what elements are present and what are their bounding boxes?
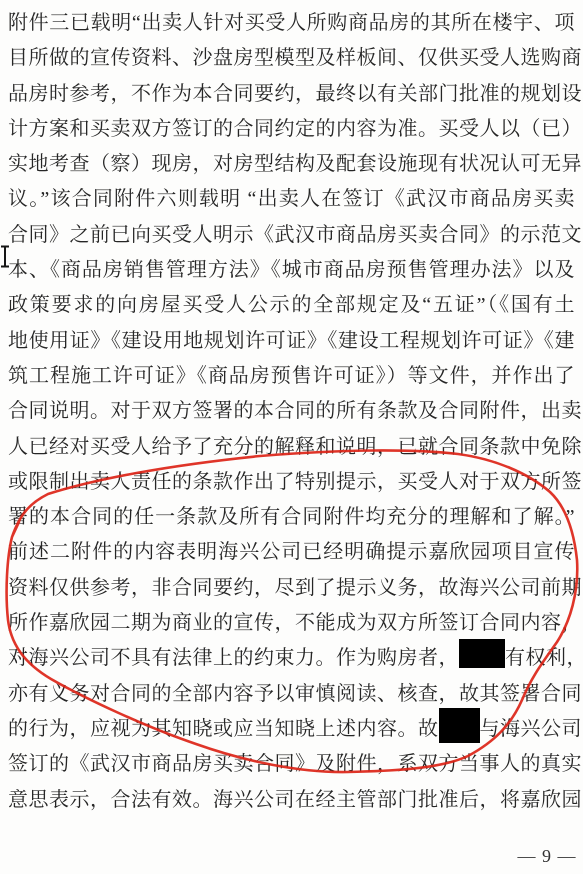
document-line-with-redaction: 对海兴公司不具有法律上的约束力。作为购房者，有权利， (8, 641, 575, 676)
document-line: 人已经对买受人给予了充分的解释和说明，已就合同条款中免除 (8, 430, 575, 465)
document-text-block: 附件三已载明“出卖人针对买受人所购商品房的其所在楼宇、项 目所做的宣传资料、沙盘… (8, 6, 575, 818)
document-line: 计方案和买卖双方签订的合同约定的内容为准。买受人以（已） (8, 112, 575, 147)
document-line: 意思表示，合法有效。海兴公司在经主管部门批准后，将嘉欣园 (8, 783, 575, 818)
document-line: 署的本合同的任一条款及所有合同附件均充分的理解和了解。” (8, 500, 575, 535)
document-line: 签订的《武汉市商品房买卖合同》及附件，系双方当事人的真实 (8, 747, 575, 782)
document-line: 亦有义务对合同的全部内容予以审慎阅读、核查，故其签署合同 (8, 677, 575, 712)
document-line: 合同》之前已向买受人明示《武汉市商品房买卖合同》的示范文 (8, 218, 575, 253)
document-line: 议。”该合同附件六则载明 “出卖人在签订《武汉市商品房买卖 (8, 182, 575, 217)
redaction-box (439, 708, 480, 743)
document-line: 本、《商品房销售管理方法》《城市商品房预售管理办法》以及 (8, 253, 575, 288)
document-line: 前述二附件的内容表明海兴公司已经明确提示嘉欣园项目宣传 (8, 535, 575, 570)
document-line: 政策要求的向房屋买受人公示的全部规定及“五证”（《国有土 (8, 288, 575, 323)
document-line: 或限制出卖人责任的条款作出了特别提示，买受人对于双方所签 (8, 465, 575, 500)
document-line: 合同说明。对于双方签署的本合同的所有条款及合同附件，出卖 (8, 394, 575, 429)
document-line: 所作嘉欣园二期为商业的宣传，不能成为双方所签订合同内容， (8, 606, 575, 641)
line-text-before-redaction: 的行为，应视为其知晓或应当知晓上述内容。故 (8, 718, 439, 740)
line-text-before-redaction: 对海兴公司不具有法律上的约束力。作为购房者， (8, 647, 459, 669)
document-line: 实地考查（察）现房，对房型结构及配套设施现有状况认可无异 (8, 147, 575, 182)
document-line-with-redaction: 的行为，应视为其知晓或应当知晓上述内容。故与海兴公司 (8, 712, 575, 747)
page-number: — 9 — (515, 846, 579, 867)
line-text-after-redaction: 与海兴公司 (480, 718, 583, 740)
text-cursor-icon (0, 245, 10, 268)
document-line: 目所做的宣传资料、沙盘房型模型及样板间、仅供买受人选购商 (8, 41, 575, 76)
document-line: 品房时参考，不作为本合同要约，最终以有关部门批准的规划设 (8, 77, 575, 112)
document-line: 地使用证》《建设用地规划许可证》《建设工程规划许可证》《建 (8, 324, 575, 359)
redaction-box (459, 639, 505, 668)
document-line: 资料仅供参考，非合同要约，尽到了提示义务，故海兴公司前期 (8, 571, 575, 606)
document-line: 附件三已载明“出卖人针对买受人所购商品房的其所在楼宇、项 (8, 6, 575, 41)
document-line: 筑工程施工许可证》《商品房预售许可证》）等文件，并作出了 (8, 359, 575, 394)
scanned-document-page: 附件三已载明“出卖人针对买受人所购商品房的其所在楼宇、项 目所做的宣传资料、沙盘… (0, 0, 583, 874)
line-text-after-redaction: 有权利， (505, 647, 583, 669)
